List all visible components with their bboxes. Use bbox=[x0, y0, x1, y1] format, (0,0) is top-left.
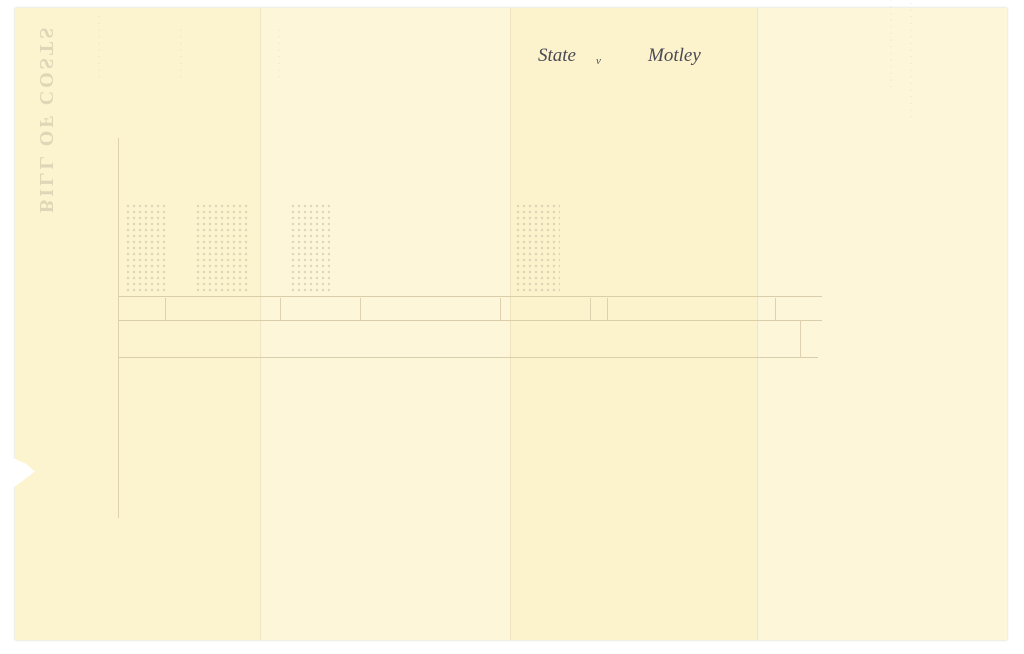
ghost-leaders bbox=[515, 203, 560, 293]
case-versus: v bbox=[596, 55, 601, 67]
table-vrule bbox=[590, 298, 591, 320]
fold-line bbox=[757, 8, 759, 640]
table-rule bbox=[118, 320, 822, 321]
table-vrule bbox=[118, 138, 119, 518]
fold-panel-3 bbox=[510, 8, 757, 640]
ghost-leaders bbox=[290, 203, 330, 293]
table-vrule bbox=[607, 298, 608, 320]
document-paper: BILL OF COSTS · · · · · · · · · · · · · … bbox=[15, 8, 1007, 640]
ghost-form-title: BILL OF COSTS bbox=[34, 25, 57, 213]
table-vrule bbox=[360, 298, 361, 320]
ghost-leaders bbox=[195, 203, 250, 293]
table-rule bbox=[118, 357, 818, 358]
fold-line bbox=[260, 8, 262, 640]
table-rule bbox=[118, 296, 822, 297]
fold-line bbox=[510, 8, 512, 640]
case-plaintiff: State bbox=[538, 45, 576, 67]
ghost-leaders bbox=[125, 203, 165, 293]
case-defendant: Motley bbox=[648, 45, 701, 67]
table-vrule bbox=[165, 298, 166, 320]
table-vrule bbox=[775, 298, 776, 320]
table-vrule bbox=[280, 298, 281, 320]
fold-panel-4 bbox=[757, 8, 1007, 640]
table-vrule bbox=[800, 320, 801, 358]
table-vrule bbox=[500, 298, 501, 320]
fold-panel-2 bbox=[260, 8, 510, 640]
